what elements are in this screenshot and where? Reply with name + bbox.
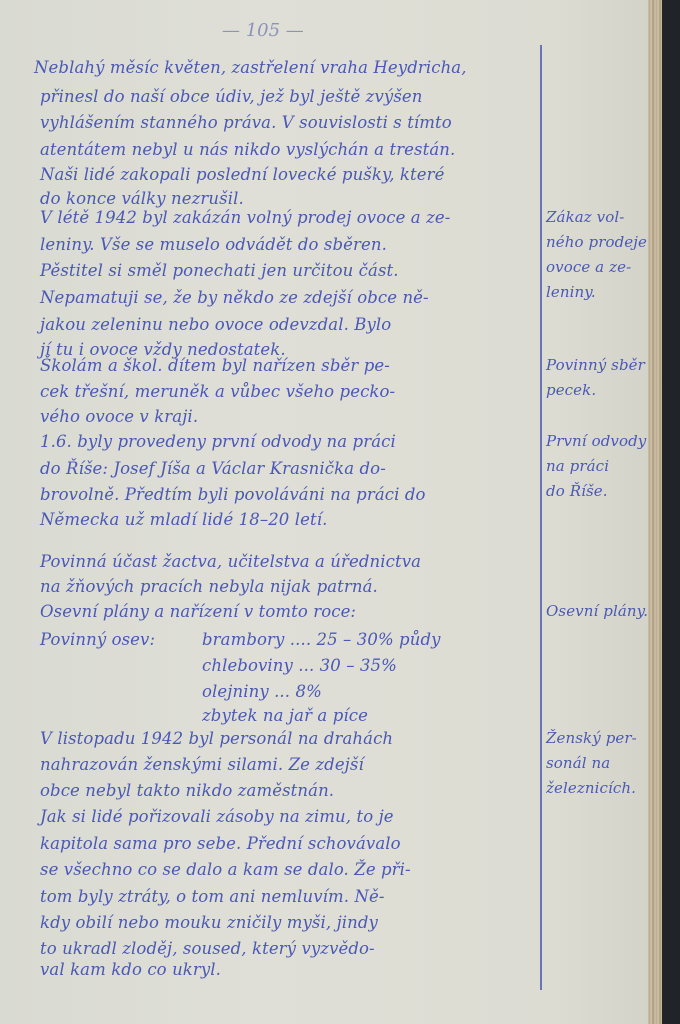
sowing-plan-row: chleboviny ... 30 – 35%	[202, 656, 397, 675]
text-line: Pěstitel si směl ponechati jen určitou č…	[40, 261, 399, 280]
text-line: do konce války nezrušil.	[40, 189, 244, 208]
text-line: obce nebyl takto nikdo zaměstnán.	[40, 781, 334, 800]
page-edges	[648, 0, 662, 1024]
text-line: tom byly ztráty, o tom ani nemluvím. Ně-	[40, 887, 385, 906]
text-line: brovolně. Předtím byli povoláváni na prá…	[40, 485, 426, 504]
sowing-plan-row: brambory .... 25 – 30% půdy	[202, 630, 441, 649]
text-line: atentátem nebyl u nás nikdo vyslýchán a …	[40, 140, 455, 159]
text-line: Neblahý měsíc květen, zastřelení vraha H…	[34, 58, 467, 77]
text-line: Povinný osev:	[40, 630, 155, 649]
margin-rule	[540, 45, 542, 990]
margin-note-line: do Říše.	[546, 482, 608, 500]
margin-note-line: ného prodeje	[546, 233, 647, 251]
text-line: jakou zeleninu nebo ovoce odevzdal. Bylo	[40, 315, 391, 334]
text-line: do Říše: Josef Jíša a Václar Krasnička d…	[40, 459, 386, 478]
text-line: Německa už mladí lidé 18–20 letí.	[40, 510, 327, 529]
text-line: Školám a škol. dítem byl nařízen sběr pe…	[40, 356, 390, 375]
text-line: kdy obilí nebo mouku zničily myši, jindy	[40, 913, 378, 932]
margin-note-line: První odvody	[546, 432, 646, 450]
margin-note-line: pecek.	[546, 381, 596, 399]
margin-note-line: ovoce a ze-	[546, 258, 631, 276]
text-line: val kam kdo co ukryl.	[40, 960, 221, 979]
text-line: leniny. Vše se muselo odvádět do sběren.	[40, 235, 387, 254]
sowing-plan-row: zbytek na jař a píce	[202, 706, 368, 725]
text-line: 1.6. byly provedeny první odvody na prác…	[40, 432, 396, 451]
book-cover	[662, 0, 680, 1024]
text-line: V létě 1942 byl zakázán volný prodej ovo…	[40, 208, 450, 227]
text-line: Osevní plány a nařízení v tomto roce:	[40, 602, 356, 621]
ledger-page: — 105 — Neblahý měsíc květen, zastřelení…	[0, 0, 650, 1024]
margin-note-line: železnicích.	[546, 779, 636, 797]
text-line: Naši lidé zakopali poslední lovecké pušk…	[40, 165, 444, 184]
text-line: na žňových pracích nebyla nijak patrná.	[40, 577, 378, 596]
text-line: se všechno co se dalo a kam se dalo. Že …	[40, 860, 411, 879]
margin-note-line: Zákaz vol-	[546, 208, 624, 226]
text-line: V listopadu 1942 byl personál na drahách	[40, 729, 393, 748]
margin-note-line: na práci	[546, 457, 609, 475]
text-line: přinesl do naší obce údiv, jež byl ještě…	[40, 87, 422, 106]
page-number: — 105 —	[222, 20, 304, 41]
text-line: Nepamatuji se, že by někdo ze zdejší obc…	[40, 288, 429, 307]
margin-note-line: Povinný sběr	[546, 356, 645, 374]
text-line: kapitola sama pro sebe. Přední schovával…	[40, 834, 401, 853]
text-line: vyhlášením stanného práva. V souvislosti…	[40, 113, 452, 132]
margin-note-line: leniny.	[546, 283, 596, 301]
text-line: nahrazován ženskými silami. Ze zdejší	[40, 755, 364, 774]
text-line: Povinná účast žactva, učitelstva a úředn…	[40, 552, 421, 571]
margin-note-line: Ženský per-	[546, 729, 637, 747]
text-line: vého ovoce v kraji.	[40, 407, 198, 426]
text-line: Jak si lidé pořizovali zásoby na zimu, t…	[40, 807, 394, 826]
sowing-plan-row: olejniny ... 8%	[202, 682, 322, 701]
margin-note-line: Osevní plány.	[546, 602, 648, 620]
margin-note-line: sonál na	[546, 754, 610, 772]
text-line: to ukradl zloděj, soused, který vyzvědo-	[40, 939, 375, 958]
text-line: cek třešní, meruněk a vůbec všeho pecko-	[40, 382, 395, 401]
